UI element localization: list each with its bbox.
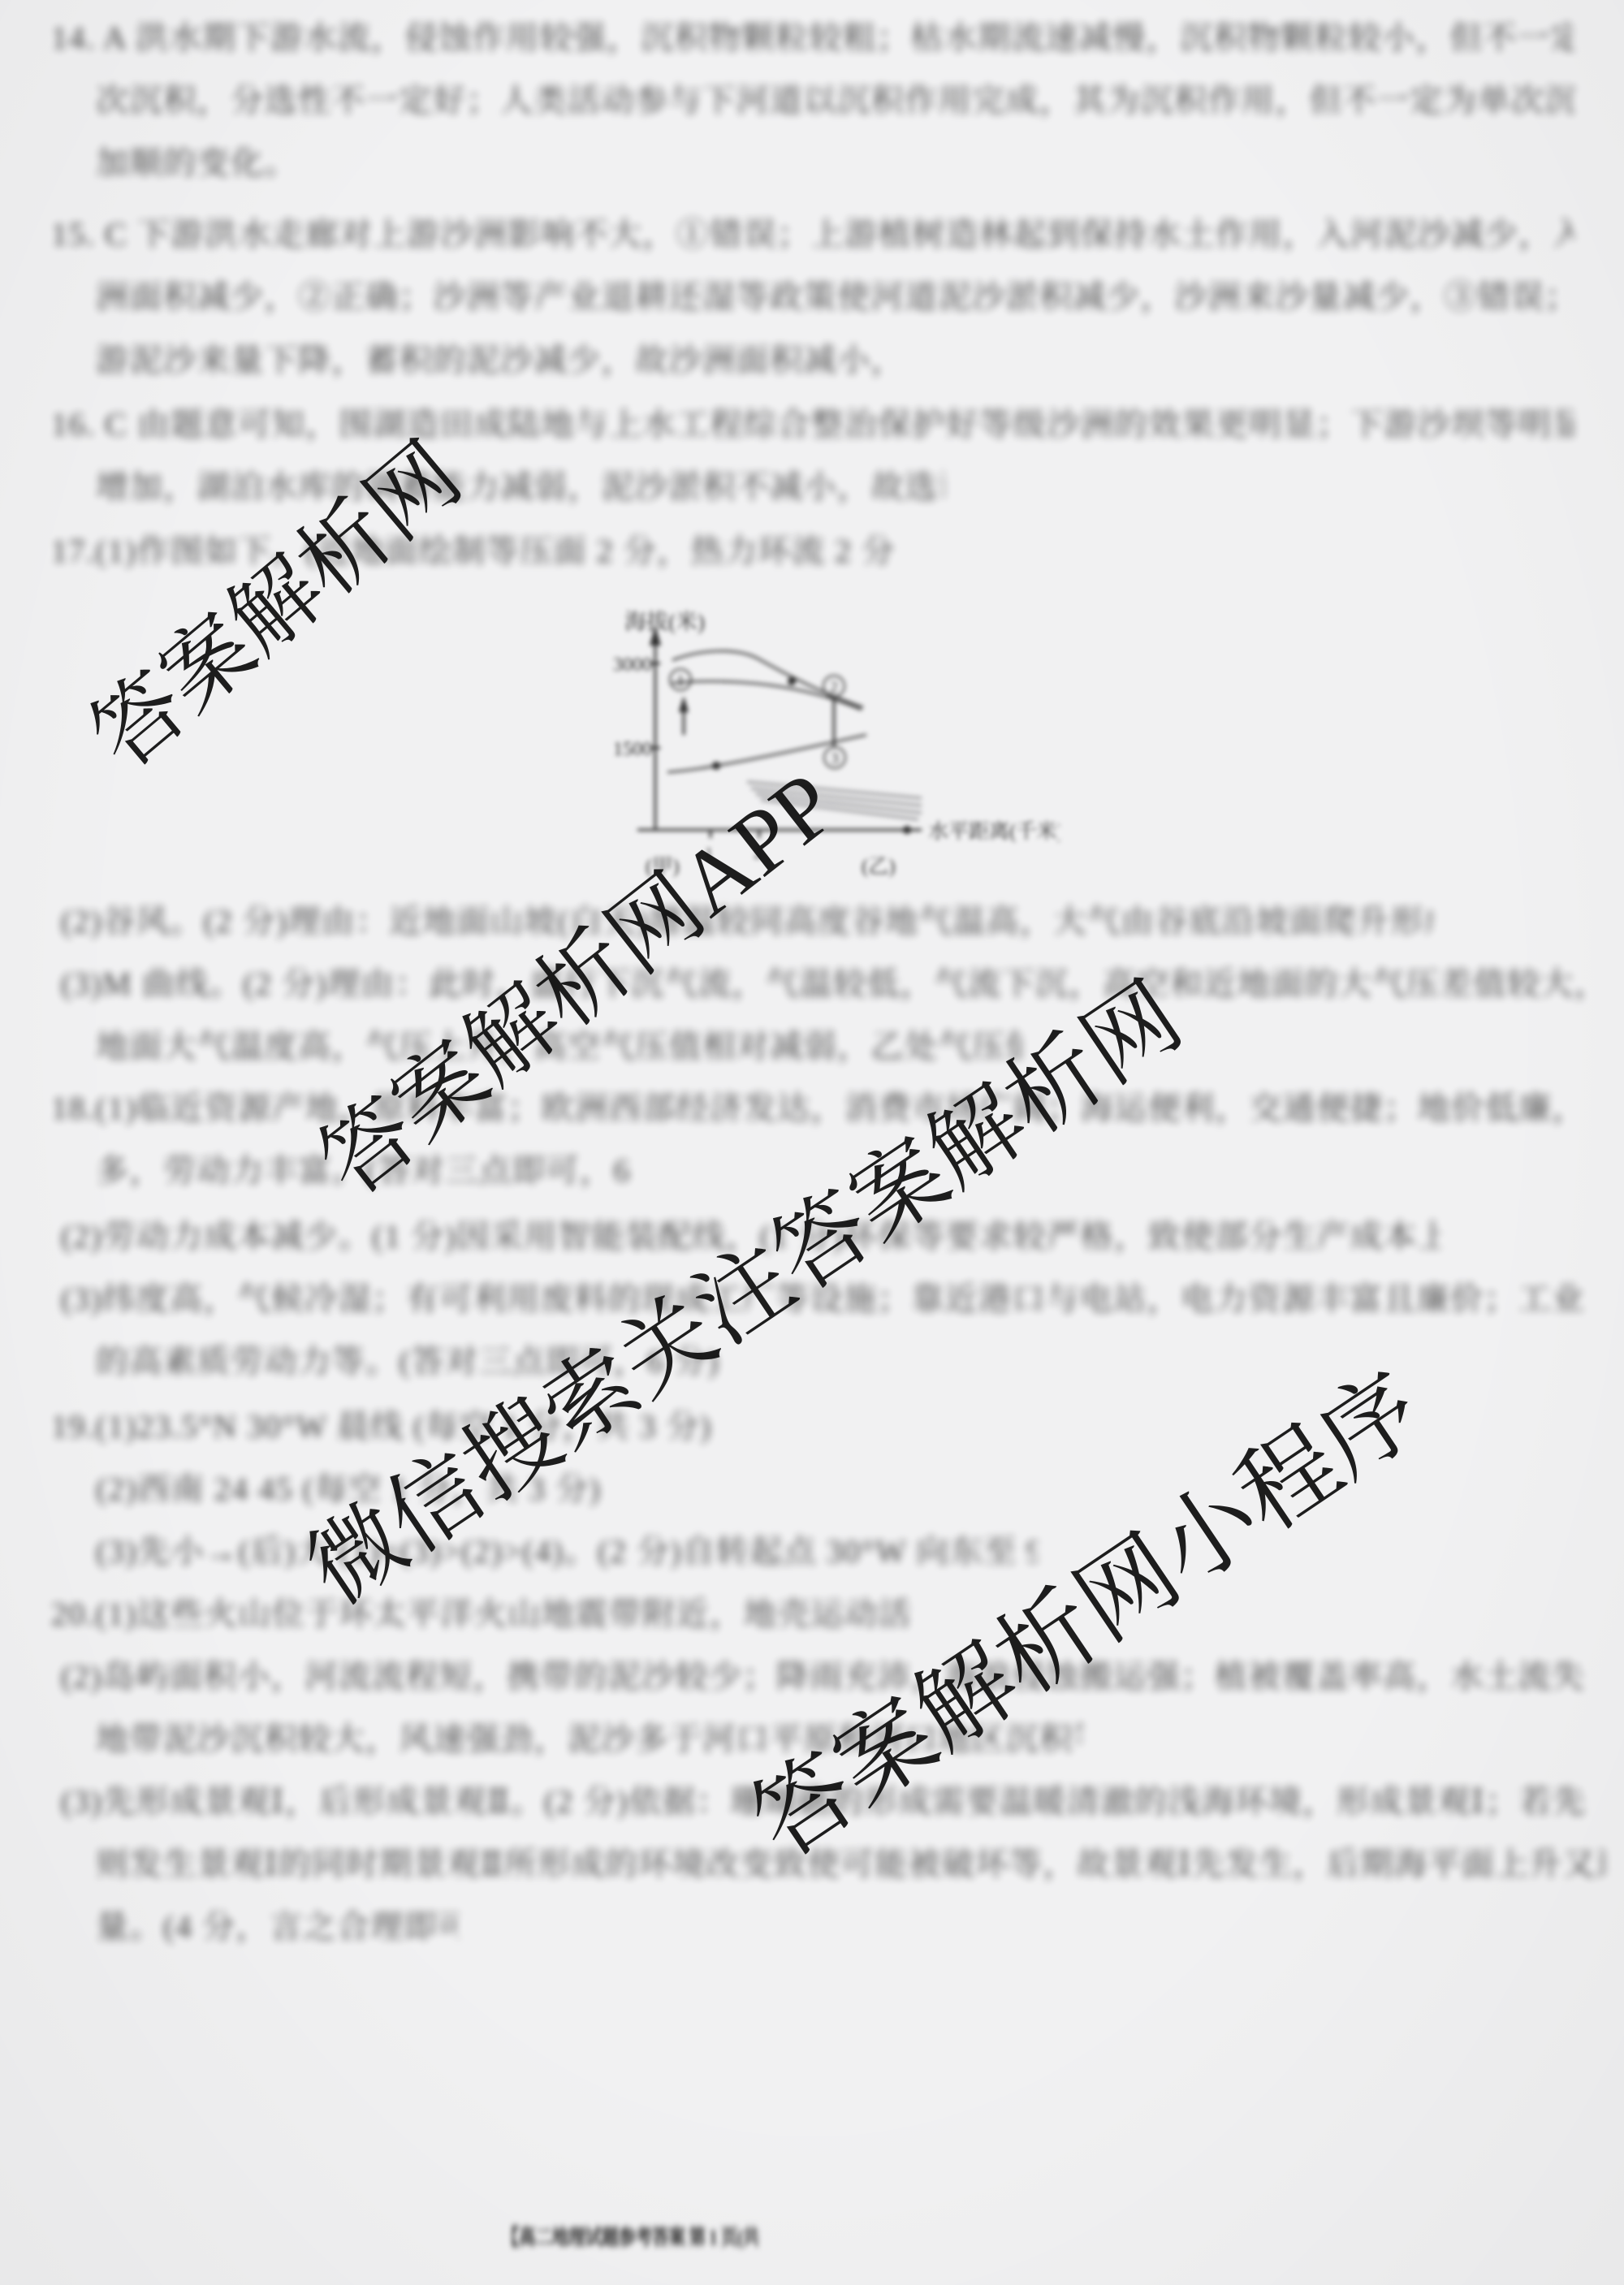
x-axis-end-dot [903,826,911,834]
x-axis-label: 水平距离(千米) [928,820,1060,843]
y-tick-top: 3000 [613,654,652,676]
text-line: 17.(1)作图如下。(近地面绘制等压面 2 分，热力环流 2 分，共 4 分) [51,533,896,573]
text-line: 增加，湖泊水库的调蓄能力减弱，泥沙淤积不减小，故选调蓄能力较强。 [96,469,944,509]
page-footer: 【高二地理试题参考答案 第 1 页(共 2 页)】 [502,2222,762,2254]
text-line: 则发生景观Ⅰ的同时期景观Ⅱ所形成的环境改变致使可能被破坏等，故景观Ⅰ先发生，后期… [96,1846,1606,1886]
text-line: (3)M 曲线。(2 分)理由：此时，盛行下沉气流，气温较低，气流下沉，高空和近… [61,965,1583,1006]
text-line: 量。(4 分，言之合理即可) [96,1908,460,1949]
text-line: 16. C 由题意可知，围湖造田成陆地与上水工程综合整治保护好等级沙洲的效果更明… [51,406,1574,447]
text-line: 洲面积减少，②正确；沙洲等产业退耕还湿等政策使河道泥沙淤积减少，沙洲来沙量减少，… [96,279,1570,319]
text-line: (3)先小→(后)大 (1)=(3)>(2)>(4)。(2 分)自转起点 30°… [96,1533,1038,1574]
text-line: 20.(1)这些火山位于环太平洋火山地震带附近，地壳运动活跃。(2 分) [51,1596,912,1636]
text-line: 加顺的变化。 [96,145,303,185]
text-line: (2)岛屿面积小，河流流程短，携带的泥沙较少；降雨充沛，海浪侵蚀搬运强；植被覆盖… [61,1658,1583,1699]
text-line: 15. C 下游洪水走廊对上游沙洲影响不大，①错误；上游植树造林起到保持水土作用… [51,216,1574,257]
y-tick-bottom: 1500 [613,739,652,760]
y-axis-label: 海拔(米) [624,610,705,634]
updraft-arrow-head-icon [679,696,689,712]
curve-dot [712,762,720,770]
caption-right: (乙) [862,856,896,878]
curve-dot [788,677,796,685]
svg-text:2: 2 [830,679,838,696]
svg-text:1: 1 [676,672,685,689]
text-line: 次沉积，分选性不一定好；人类活动参与下河道以沉积作用完成，其为沉积作用，但不一定… [96,82,1574,123]
text-line: 18.(1)临近资源产地，原料丰富；欧洲西部经济发达，消费市场广阔；海运便利，交… [51,1090,1574,1130]
svg-text:3: 3 [831,750,839,767]
text-line: 14. A 洪水期下游水流，侵蚀作用较强，沉积物颗粒较粗；枯水期流速减慢，沉积物… [51,19,1574,60]
document-page: 14. A 洪水期下游水流，侵蚀作用较强，沉积物颗粒较粗；枯水期流速减慢，沉积物… [0,0,1624,2285]
text-line: 游泥沙来量下降，蓄积的泥沙减少，故沙洲面积减小，④正确。 [96,342,896,382]
